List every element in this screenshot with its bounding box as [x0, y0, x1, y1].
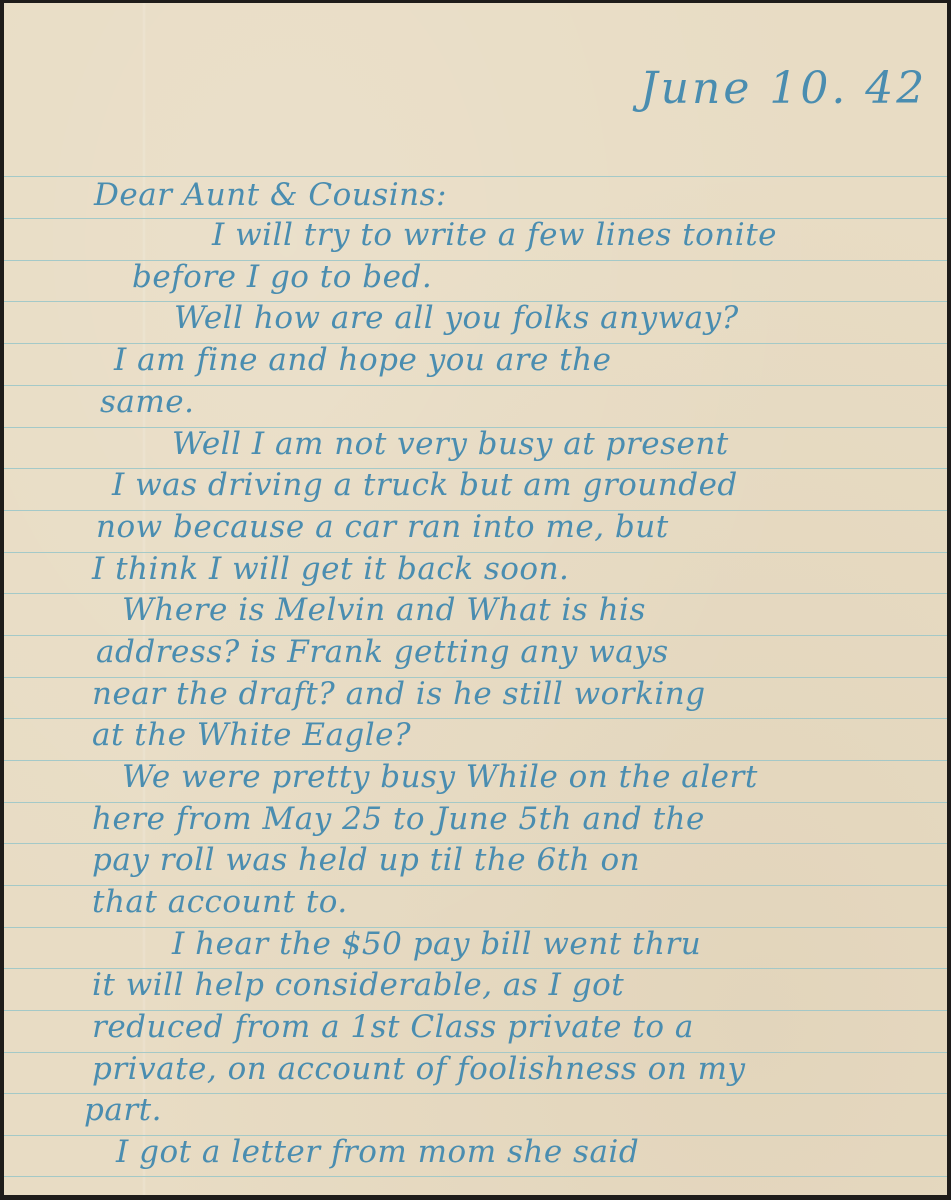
letter-line: We were pretty busy While on the alert [122, 759, 758, 795]
letter-line: Well how are all you folks anyway? [174, 300, 739, 336]
letter-line: I think I will get it back soon. [92, 551, 569, 587]
letter-line: that account to. [92, 884, 348, 920]
letter-date: June 10. 42 [640, 63, 927, 114]
letter-line: I am fine and hope you are the [114, 342, 611, 378]
letter-line: at the White Eagle? [92, 717, 411, 753]
ruled-line [4, 1176, 947, 1177]
letter-line: reduced from a 1st Class private to a [92, 1009, 694, 1045]
letter-line: address? is Frank getting any ways [96, 634, 669, 670]
letter-line: before I go to bed. [132, 259, 432, 295]
letter-line: Where is Melvin and What is his [122, 592, 646, 628]
letter-line: I will try to write a few lines tonite [212, 217, 777, 253]
letter-salutation: Dear Aunt & Cousins: [94, 177, 447, 213]
letter-line: near the draft? and is he still working [92, 676, 706, 712]
letter-line: private, on account of foolishness on my [92, 1051, 746, 1087]
letter-line: Well I am not very busy at present [172, 426, 729, 462]
letter-line: now because a car ran into me, but [96, 509, 669, 545]
letter-page: June 10. 42 Dear Aunt & Cousins: I will … [4, 3, 947, 1195]
letter-line: here from May 25 to June 5th and the [92, 801, 705, 837]
letter-line: same. [100, 384, 195, 420]
letter-line: part. [84, 1092, 162, 1128]
letter-line: it will help considerable, as I got [92, 967, 624, 1003]
letter-line: pay roll was held up til the 6th on [92, 842, 640, 878]
letter-line: I hear the $50 pay bill went thru [172, 926, 701, 962]
letter-line: I got a letter from mom she said [116, 1134, 639, 1170]
letter-line: I was driving a truck but am grounded [112, 467, 738, 503]
